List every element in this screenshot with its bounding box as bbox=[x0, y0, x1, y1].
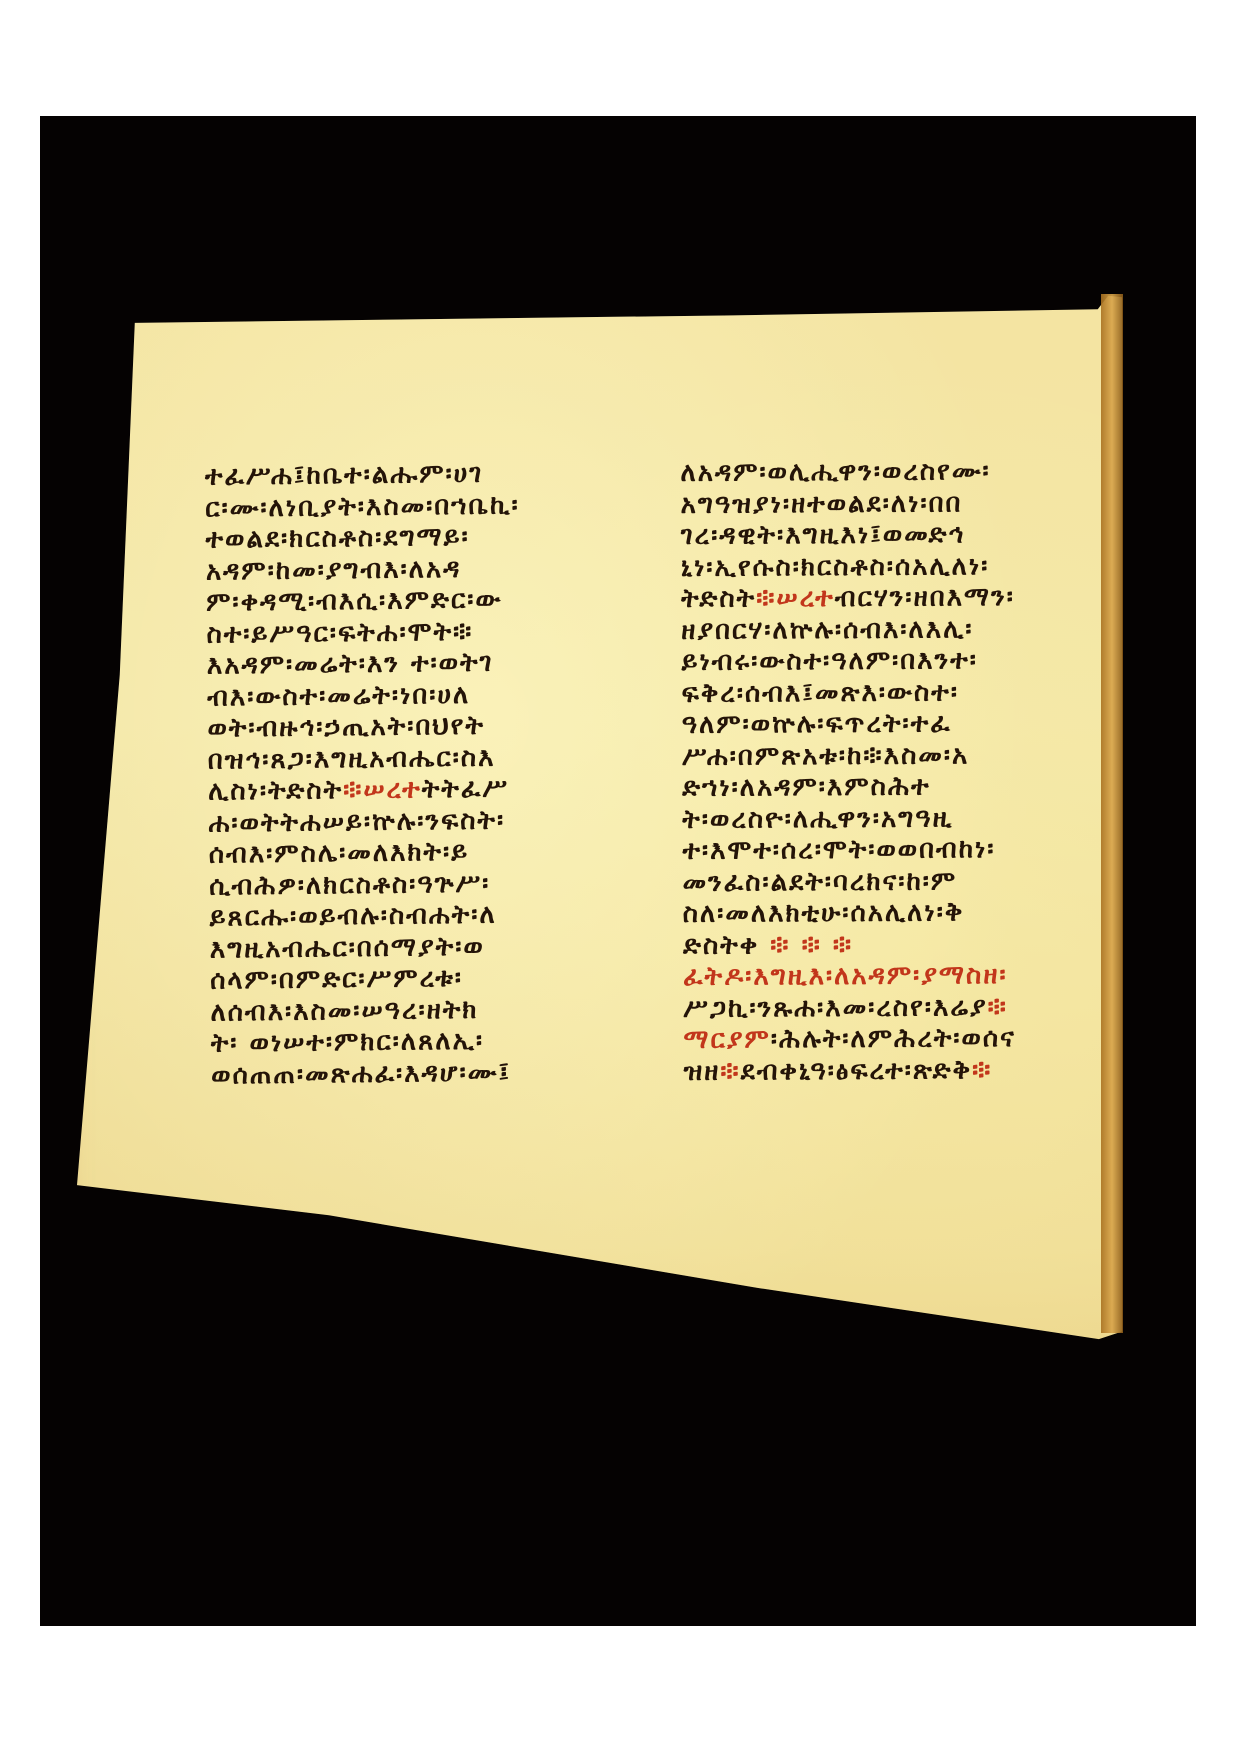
left-text-column: ተፈሥሐ፤ከቤተ፡ልሑም፡ሀገር፡ሙ፡ለነቢያት፡እስመ፡በኀቤኪ፡ተወልደ፡ክ… bbox=[205, 458, 526, 1091]
text-line: ማርያም፡ሕሉት፡ለምሕረት፡ወሰና bbox=[683, 1023, 1017, 1056]
binding-edge bbox=[1101, 294, 1123, 1333]
text-line: አግዓዝያነ፡ዘተወልደ፡ለነ፡በበ bbox=[681, 488, 1015, 521]
text-line: ብእ፡ውስተ፡መሬት፡ነበ፡ሀለ bbox=[207, 679, 522, 714]
rubric-text: ፨ bbox=[720, 1056, 740, 1086]
text-line: ድስትቀ ፨ ፨ ፨ bbox=[683, 929, 1017, 962]
line-segment: ትድስት bbox=[681, 583, 756, 613]
text-line: አዳም፡ከመ፡ያግብእ፡ለአዳ bbox=[206, 553, 521, 588]
text-line: ሐ፡ወትትሐሠይ፡ኵሉ፡ንፍስት፡ bbox=[208, 805, 523, 840]
line-segment: ፡ሕሉት፡ለምሕረት፡ወሰና bbox=[771, 1023, 1016, 1054]
text-line: ሥጋኪ፡ንጹሐ፡እመ፡ረስየ፡እሬያ፨ bbox=[683, 992, 1017, 1025]
text-line: ሥሐ፡በምጽአቱ፡ከ፨እስመ፡አ bbox=[682, 740, 1016, 773]
line-segment: ድስትቀ bbox=[683, 930, 759, 960]
text-line: ተ፡እሞተ፡ሰረ፡ሞት፡ወወበብከነ፡ bbox=[682, 834, 1016, 867]
text-line: ተፈሥሐ፤ከቤተ፡ልሑም፡ሀገ bbox=[205, 458, 520, 493]
rubric-text: ፈትዶ፡እግዚእ፡ለአዳም፡ያማስዘ፡ bbox=[683, 960, 1008, 992]
text-line: ሊስነ፡ትድስት፨ሠረተትትፈሥ bbox=[208, 773, 523, 808]
text-line: ሰላም፡በምድር፡ሥምረቱ፡ bbox=[210, 962, 525, 997]
text-line: ይጸርሑ፡ወይብሉ፡ስብሐት፡ለ bbox=[209, 899, 524, 934]
text-line: መንፈስ፡ልደት፡ባረክና፡ከ፡ም bbox=[682, 866, 1016, 899]
text-line: ም፡ቀዳሚ፡ብእሲ፡እምድር፡ው bbox=[206, 584, 521, 619]
text-line: እግዚአብሔር፡በሰማያት፡ወ bbox=[210, 931, 525, 966]
text-line: ትድስት፨ሠረተብርሃን፡ዘበእማን፡ bbox=[681, 582, 1015, 615]
text-line: ስተ፡ይሥዓር፡ፍትሐ፡ሞት፨ bbox=[206, 616, 521, 651]
rubric-text: ፨ሠረተ bbox=[343, 774, 422, 805]
text-line: ዘያበርሃ፡ለኵሉ፡ሰብእ፡ለእሊ፡ bbox=[681, 614, 1015, 647]
line-segment: ትትፈሥ bbox=[422, 773, 510, 804]
rubric-text: ፨ሠረተ bbox=[756, 583, 835, 613]
text-line: ገረ፡ዳዊት፡እግዚእነ፤ወመድኅ bbox=[681, 519, 1015, 552]
text-line: ኒነ፡ኢየሱስ፡ክርስቶስ፡ሰአሊለነ፡ bbox=[681, 551, 1015, 584]
text-line: ሲብሕዎ፡ለክርስቶስ፡ዓጕሥ፡ bbox=[209, 868, 524, 903]
text-line: ለአዳም፡ወሊሒዋን፡ወረስየሙ፡ bbox=[680, 456, 1014, 489]
text-line: ሰብእ፡ምስሌ፡መለእክት፡ይ bbox=[209, 836, 524, 871]
text-line: ለሰብእ፡እስመ፡ሠዓረ፡ዘትክ bbox=[210, 994, 525, 1029]
text-line: እአዳም፡መሬት፡እን ተ፡ወትገ bbox=[207, 647, 522, 682]
text-line: ይነብሩ፡ውስተ፡ዓለም፡በእንተ፡ bbox=[681, 645, 1015, 678]
text-line: ወሰጠጠ፡መጽሐፈ፡እዳሆ፡ሙ፤ bbox=[211, 1057, 526, 1092]
rubric-text: ፨ ፨ ፨ bbox=[759, 929, 853, 959]
text-line: ዝዘ፨ደብቀኒዓ፡ፅፍረተ፡ጽድቅ፨ bbox=[683, 1055, 1017, 1088]
text-line: ስለ፡መለእክቲሁ፡ሰአሊለነ፡ቅ bbox=[683, 897, 1017, 930]
text-line: ዓለም፡ወኵሉ፡ፍጥረት፡ተፈ bbox=[682, 708, 1016, 741]
text-line: ት፡ወረስዮ፡ለሒዋን፡አግዓዚ bbox=[682, 803, 1016, 836]
line-segment: ብርሃን፡ዘበእማን፡ bbox=[835, 582, 1015, 613]
line-segment: ሊስነ፡ትድስት bbox=[208, 775, 343, 806]
rubric-text: ፨ bbox=[972, 1055, 992, 1085]
text-line: ተወልደ፡ክርስቶስ፡ደግማይ፡ bbox=[205, 521, 520, 556]
right-text-column: ለአዳም፡ወሊሒዋን፡ወረስየሙ፡አግዓዝያነ፡ዘተወልደ፡ለነ፡በበገረ፡ዳዊ… bbox=[680, 456, 1017, 1088]
line-segment: ሥጋኪ፡ንጹሐ፡እመ፡ረስየ፡እሬያ bbox=[683, 992, 988, 1024]
text-line: ወት፡ብዙኅ፡ኃጢአት፡በህየት bbox=[207, 710, 522, 745]
rubric-text: ፨ bbox=[988, 992, 1008, 1022]
rubric-text: ማርያም bbox=[683, 1024, 771, 1054]
text-line: በዝኅ፡ጸጋ፡እግዚአብሔር፡ስእ bbox=[208, 742, 523, 777]
text-line: ፈትዶ፡እግዚእ፡ለአዳም፡ያማስዘ፡ bbox=[683, 960, 1017, 993]
line-segment: ዝዘ bbox=[683, 1056, 720, 1086]
text-line: ድኀነ፡ለአዳም፡እምስሕተ bbox=[682, 771, 1016, 804]
line-segment: ደብቀኒዓ፡ፅፍረተ፡ጽድቅ bbox=[741, 1055, 973, 1086]
text-line: ር፡ሙ፡ለነቢያት፡እስመ፡በኀቤኪ፡ bbox=[205, 490, 520, 525]
text-line: ፍቅረ፡ሰብእ፤መጽእ፡ውስተ፡ bbox=[682, 677, 1016, 710]
text-line: ት፡ ወነሠተ፡ምክር፡ለጸለኢ፡ bbox=[211, 1025, 526, 1060]
